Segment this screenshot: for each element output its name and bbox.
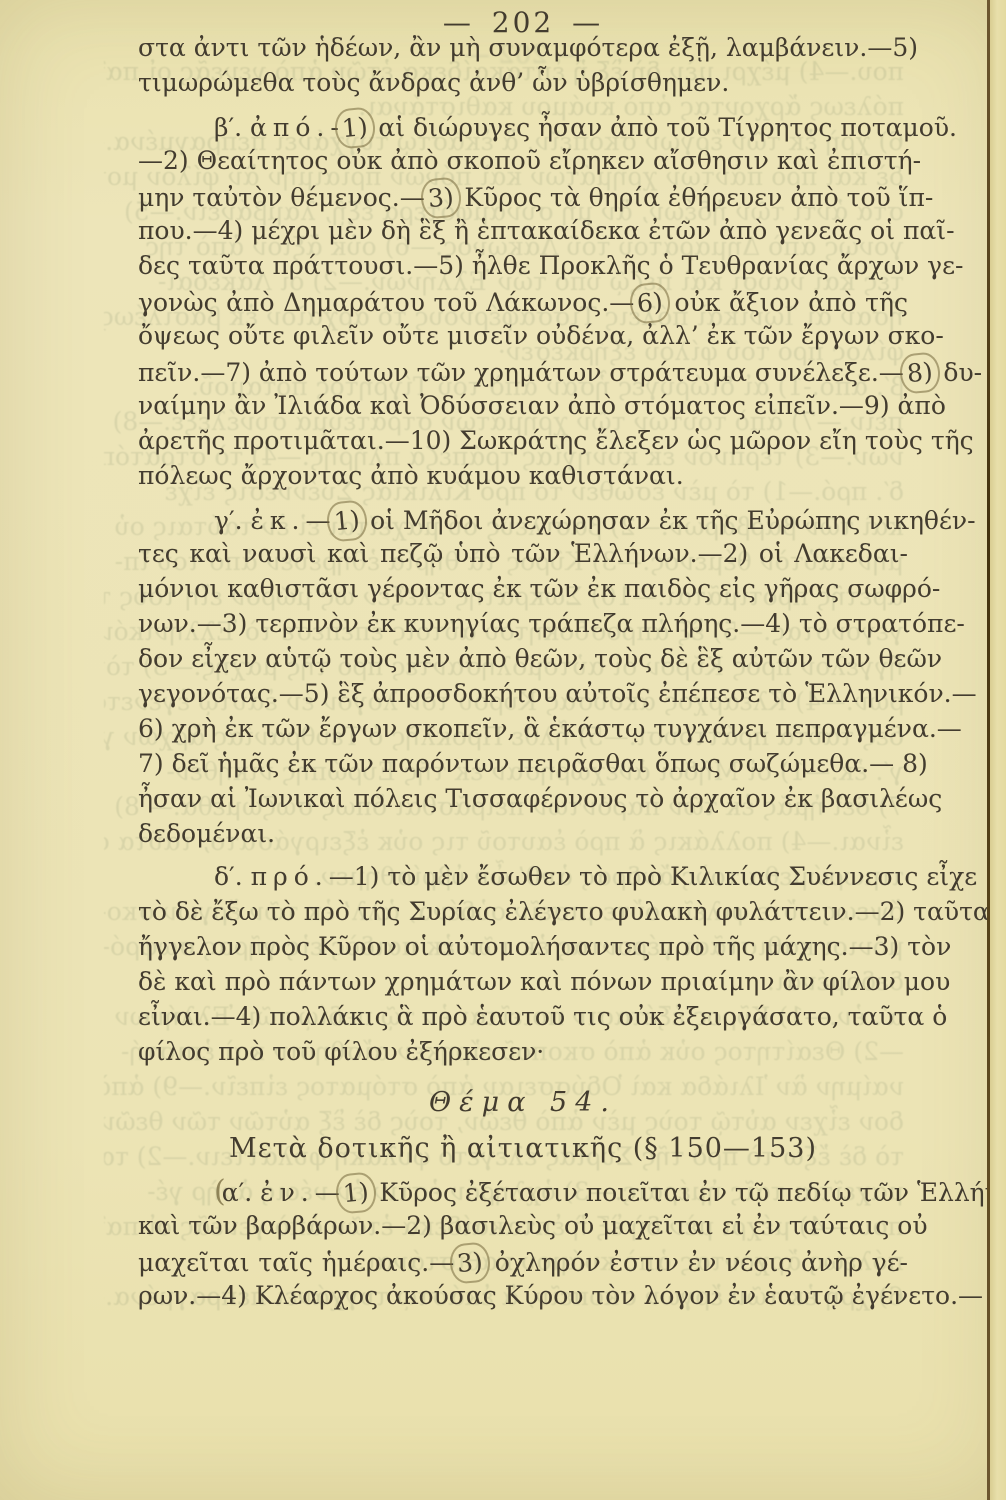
text-run: μαχεῖται ταῖς ἡμέραις.— <box>138 1248 454 1277</box>
text-line: γεγονότας.—5) ἓξ ἀπροσδοκήτου αὐτοῖς ἐπέ… <box>138 676 908 711</box>
text-run: ἦσαν αἱ Ἰωνικαὶ πόλεις Τισσαφέρνους τὸ ἀ… <box>138 784 942 813</box>
paragraph: β′. ἀπό.-1) αἱ διώρυγες ἦσαν ἀπὸ τοῦ Τίγ… <box>138 108 908 493</box>
text-line: γ′. ἐκ.—1) οἱ Μῆδοι ἀνεχώρησαν ἐκ τῆς Εὐ… <box>138 501 908 536</box>
text-line: β′. ἀπό.-1) αἱ διώρυγες ἦσαν ἀπὸ τοῦ Τίγ… <box>138 108 908 143</box>
text-line: τὸ δὲ ἔξω τὸ πρὸ τῆς Συρίας ἐλέγετο φυλα… <box>138 894 908 929</box>
text-run: δον εἶχεν αὑτῷ τοὺς μὲν ἀπὸ θεῶν, τοὺς δ… <box>138 644 942 673</box>
text-line: —2) Θεαίτητος οὐκ ἀπὸ σκοποῦ εἴρηκεν αἴσ… <box>138 143 908 178</box>
thema-heading: Θέμα 54. <box>138 1083 908 1123</box>
text-line: φίλος πρὸ τοῦ φίλου ἐξήρκεσεν· <box>138 1034 908 1069</box>
text-line: μόνιοι καθιστᾶσι γέροντας ἐκ τῶν ἐκ παιδ… <box>138 571 908 606</box>
text-run: οὐκ ἄξιον ἀπὸ τῆς <box>666 288 908 317</box>
text-run: ρων.—4) Κλέαρχος ἀκούσας Κύρου τὸν λόγον… <box>138 1281 983 1310</box>
text-run: ὄψεως οὔτε φιλεῖν οὔτε μισεῖν οὐδένα, ἀλ… <box>138 321 944 350</box>
text-line: που.—4) μέχρι μὲν δὴ ἓξ ἢ ἑπτακαίδεκα ἐτ… <box>138 213 908 248</box>
text-line: τιμωρώμεθα τοὺς ἄνδρας ἀνθ’ ὧν ὑβρίσθημε… <box>138 65 908 100</box>
text-line: καὶ τῶν βαρβάρων.—2) βασιλεὺς οὐ μαχεῖτα… <box>138 1208 908 1243</box>
pen-circle-annotation: 1) <box>333 106 376 149</box>
text-run: νων.—3) τερπνὸν ἐκ κυνηγίας τράπεζα πλήρ… <box>138 609 965 638</box>
text-line: νων.—3) τερπνὸν ἐκ κυνηγίας τράπεζα πλήρ… <box>138 606 908 641</box>
text-run: τες καὶ ναυσὶ καὶ πεζῷ ὑπὸ τῶν Ἑλλήνων.—… <box>138 539 908 568</box>
text-run: τιμωρώμεθα τοὺς ἄνδρας ἀνθ’ ὧν ὑβρίσθημε… <box>138 68 729 97</box>
text-run: εἶναι.—4) πολλάκις ἃ πρὸ ἑαυτοῦ τις οὐκ … <box>138 1002 947 1031</box>
text-run: 7) δεῖ ἡμᾶς ἐκ τῶν παρόντων πειρᾶσθαι ὅπ… <box>138 749 928 778</box>
text-line: 6) χρὴ ἐκ τῶν ἔργων σκοπεῖν, ἃ ἑκάστῳ τυ… <box>138 711 908 746</box>
text-run: φίλος πρὸ τοῦ φίλου ἐξήρκεσεν· <box>138 1037 544 1066</box>
text-line: 7) δεῖ ἡμᾶς ἐκ τῶν παρόντων πειρᾶσθαι ὅπ… <box>138 746 908 781</box>
adjacent-page-edge <box>990 0 1006 1500</box>
paragraph: δ′. πρό.—1) τὸ μὲν ἔσωθεν τὸ πρὸ Κιλικία… <box>138 859 908 1069</box>
text-run: μόνιοι καθιστᾶσι γέροντας ἐκ τῶν ἐκ παιδ… <box>138 574 940 603</box>
text-line: δ′. πρό.—1) τὸ μὲν ἔσωθεν τὸ πρὸ Κιλικία… <box>138 859 908 894</box>
spaced-term: ἀπό. <box>250 113 330 142</box>
text-run: Κῦρος τὰ θηρία ἐθήρευεν ἀπὸ τοῦ ἵπ- <box>456 183 933 212</box>
text-line: ἦσαν αἱ Ἰωνικαὶ πόλεις Τισσαφέρνους τὸ ἀ… <box>138 781 908 816</box>
text-run: α′. <box>222 1178 260 1207</box>
paragraph: γ′. ἐκ.—1) οἱ Μῆδοι ἀνεχώρησαν ἐκ τῆς Εὐ… <box>138 501 908 851</box>
text-line: δὲ καὶ πρὸ πάντων χρημάτων καὶ πόνων πρι… <box>138 964 908 999</box>
text-run: μην ταὐτὸν θέμενος.— <box>138 183 425 212</box>
text-run: πεῖν.—7) ἀπὸ τούτων τῶν χρημάτων στράτευ… <box>138 358 904 387</box>
text-run: γονὼς ἀπὸ Δημαράτου τοῦ Λάκωνος.— <box>138 288 634 317</box>
text-line: πόλεως ἄρχοντας ἀπὸ κυάμου καθιστάναι. <box>138 458 908 493</box>
text-run: ἤγγελον πρὸς Κῦρον οἱ αὐτομολήσαντες πρὸ… <box>138 932 951 961</box>
text-run: ἀρετῆς προτιμᾶται.—10) Σωκράτης ἔλεξεν ὡ… <box>138 426 974 455</box>
text-line: ἀρετῆς προτιμᾶται.—10) Σωκράτης ἔλεξεν ὡ… <box>138 423 908 458</box>
text-run: γεγονότας.—5) ἓξ ἀπροσδοκήτου αὐτοῖς ἐπέ… <box>138 679 977 708</box>
text-run: δες ταῦτα πράττουσι.—5) ἦλθε Προκλῆς ὁ Τ… <box>138 251 963 280</box>
text-run: —2) Θεαίτητος οὐκ ἀπὸ σκοποῦ εἴρηκεν αἴσ… <box>138 146 921 175</box>
spaced-term: ἐκ. <box>251 506 306 535</box>
pen-circle-annotation: 8) <box>898 351 941 394</box>
text-run: οἱ Μῆδοι ἀνεχώρησαν ἐκ τῆς Εὐρώπης νικηθ… <box>362 506 975 535</box>
spaced-term: ἐν. <box>260 1178 315 1207</box>
text-line: στα ἀντι τῶν ἡδέων, ἂν μὴ συναμφότερα ἐξ… <box>138 30 908 65</box>
case-subtitle: Μετὰ δοτικῆς ἢ αἰτιατικῆς (§ 150—153) <box>138 1129 908 1169</box>
text-run: δυ- <box>935 358 982 387</box>
text-line: γονὼς ἀπὸ Δημαράτου τοῦ Λάκωνος.—6) οὐκ … <box>138 283 908 318</box>
text-run: στα ἀντι τῶν ἡδέων, ἂν μὴ συναμφότερα ἐξ… <box>138 33 918 62</box>
text-line: δον εἶχεν αὑτῷ τοὺς μὲν ἀπὸ θεῶν, τοὺς δ… <box>138 641 908 676</box>
book-page: — 202 — που.—4) μέχρι μὲν δὴ ἓξ ἢ ἑπτακα… <box>0 0 1006 1500</box>
text-run: —1) τὸ μὲν ἔσωθεν τὸ πρὸ Κιλικίας Συέννε… <box>329 862 977 891</box>
text-line: μην ταὐτὸν θέμενος.—3) Κῦρος τὰ θηρία ἐθ… <box>138 178 908 213</box>
text-run: ναίμην ἂν Ἰλιάδα καὶ Ὀδύσσειαν ἀπὸ στόμα… <box>138 391 946 420</box>
text-run: που.—4) μέχρι μὲν δὴ ἓξ ἢ ἑπτακαίδεκα ἐτ… <box>138 216 955 245</box>
text-line: τες καὶ ναυσὶ καὶ πεζῷ ὑπὸ τῶν Ἑλλήνων.—… <box>138 536 908 571</box>
text-run: αἱ διώρυγες ἦσαν ἀπὸ τοῦ Τίγρητος ποταμο… <box>370 113 957 142</box>
text-run: καὶ τῶν βαρβάρων.—2) βασιλεὺς οὐ μαχεῖτα… <box>138 1211 928 1240</box>
text-line: ἤγγελον πρὸς Κῦρον οἱ αὐτομολήσαντες πρὸ… <box>138 929 908 964</box>
text-run: 6) χρὴ ἐκ τῶν ἔργων σκοπεῖν, ἃ ἑκάστῳ τυ… <box>138 714 962 743</box>
text-line: εἶναι.—4) πολλάκις ἃ πρὸ ἑαυτοῦ τις οὐκ … <box>138 999 908 1034</box>
text-line: ρων.—4) Κλέαρχος ἀκούσας Κύρου τὸν λόγον… <box>138 1278 908 1313</box>
text-run: πόλεως ἄρχοντας ἀπὸ κυάμου καθιστάναι. <box>138 461 684 490</box>
spaced-term: πρό. <box>251 862 329 891</box>
main-text: στα ἀντι τῶν ἡδέων, ἂν μὴ συναμφότερα ἐξ… <box>138 30 908 1321</box>
text-run: δ′. <box>214 862 251 891</box>
text-run: ὀχληρόν ἐστιν ἐν νέοις ἀνὴρ γέ- <box>486 1248 908 1277</box>
paragraph: (α′. ἐν.—1) Κῦρος ἐξέτασιν ποιεῖται ἐν τ… <box>138 1173 908 1313</box>
text-line: δες ταῦτα πράττουσι.—5) ἦλθε Προκλῆς ὁ Τ… <box>138 248 908 283</box>
paragraph: στα ἀντι τῶν ἡδέων, ἂν μὴ συναμφότερα ἐξ… <box>138 30 908 100</box>
text-line: ναίμην ἂν Ἰλιάδα καὶ Ὀδύσσειαν ἀπὸ στόμα… <box>138 388 908 423</box>
text-run: τὸ δὲ ἔξω τὸ πρὸ τῆς Συρίας ἐλέγετο φυλα… <box>138 897 990 926</box>
text-run: δεδομέναι. <box>138 819 275 848</box>
text-run: γ′. <box>214 506 251 535</box>
text-line: πεῖν.—7) ἀπὸ τούτων τῶν χρημάτων στράτευ… <box>138 353 908 388</box>
text-line: ὄψεως οὔτε φιλεῖν οὔτε μισεῖν οὐδένα, ἀλ… <box>138 318 908 353</box>
text-line: δεδομέναι. <box>138 816 908 851</box>
text-line: μαχεῖται ταῖς ἡμέραις.—3) ὀχληρόν ἐστιν … <box>138 1243 908 1278</box>
text-run: δὲ καὶ πρὸ πάντων χρημάτων καὶ πόνων πρι… <box>138 967 950 996</box>
text-run: β′. <box>214 113 250 142</box>
text-line: (α′. ἐν.—1) Κῦρος ἐξέτασιν ποιεῖται ἐν τ… <box>138 1173 908 1208</box>
text-run: Κῦρος ἐξέτασιν ποιεῖται ἐν τῷ πεδίῳ τῶν … <box>371 1178 1006 1207</box>
